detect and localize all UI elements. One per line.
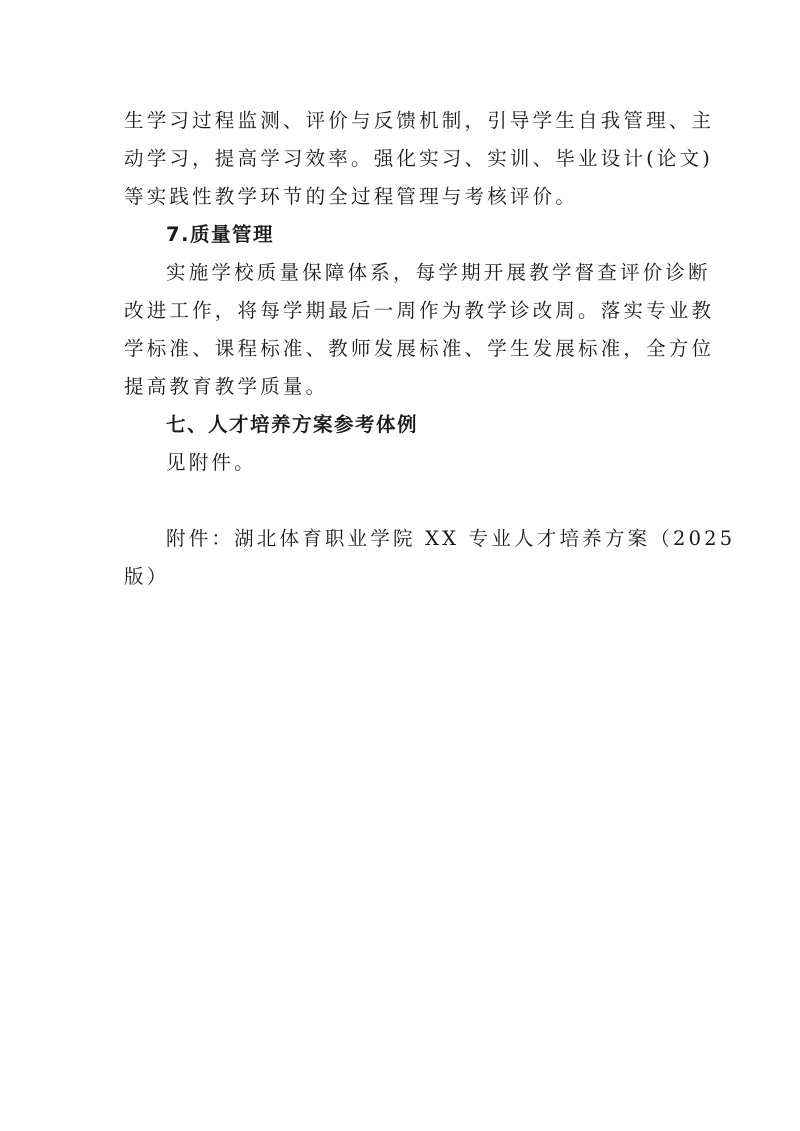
section-heading-quality-management: 7.质量管理 <box>124 216 684 254</box>
paragraph-see-attachment: 见附件。 <box>124 444 684 482</box>
text-line: 实施学校质量保障体系，每学期开展教学督查评价诊断 <box>124 254 684 292</box>
text-line: 提高教育教学质量。 <box>124 368 684 406</box>
text-line: 版） <box>124 558 684 596</box>
text-line: 见附件。 <box>124 444 684 482</box>
blank-line <box>124 482 684 520</box>
text-line: 学标准、课程标准、教师发展标准、学生发展标准，全方位 <box>124 330 684 368</box>
text-line: 附件：湖北体育职业学院 XX 专业人才培养方案（2025 <box>124 520 684 558</box>
paragraph-quality-management: 实施学校质量保障体系，每学期开展教学督查评价诊断 改进工作，将每学期最后一周作为… <box>124 254 684 406</box>
document-page: 生学习过程监测、评价与反馈机制，引导学生自我管理、主 动学习，提高学习效率。强化… <box>124 102 684 596</box>
text-line: 生学习过程监测、评价与反馈机制，引导学生自我管理、主 <box>124 102 684 140</box>
text-line: 等实践性教学环节的全过程管理与考核评价。 <box>124 178 684 216</box>
paragraph-continued: 生学习过程监测、评价与反馈机制，引导学生自我管理、主 动学习，提高学习效率。强化… <box>124 102 684 216</box>
text-line: 动学习，提高学习效率。强化实习、实训、毕业设计(论文) <box>124 140 684 178</box>
attachment-note: 附件：湖北体育职业学院 XX 专业人才培养方案（2025 版） <box>124 520 684 596</box>
chapter-heading-training-plan-format: 七、人才培养方案参考体例 <box>124 406 684 444</box>
text-line: 改进工作，将每学期最后一周作为教学诊改周。落实专业教 <box>124 292 684 330</box>
